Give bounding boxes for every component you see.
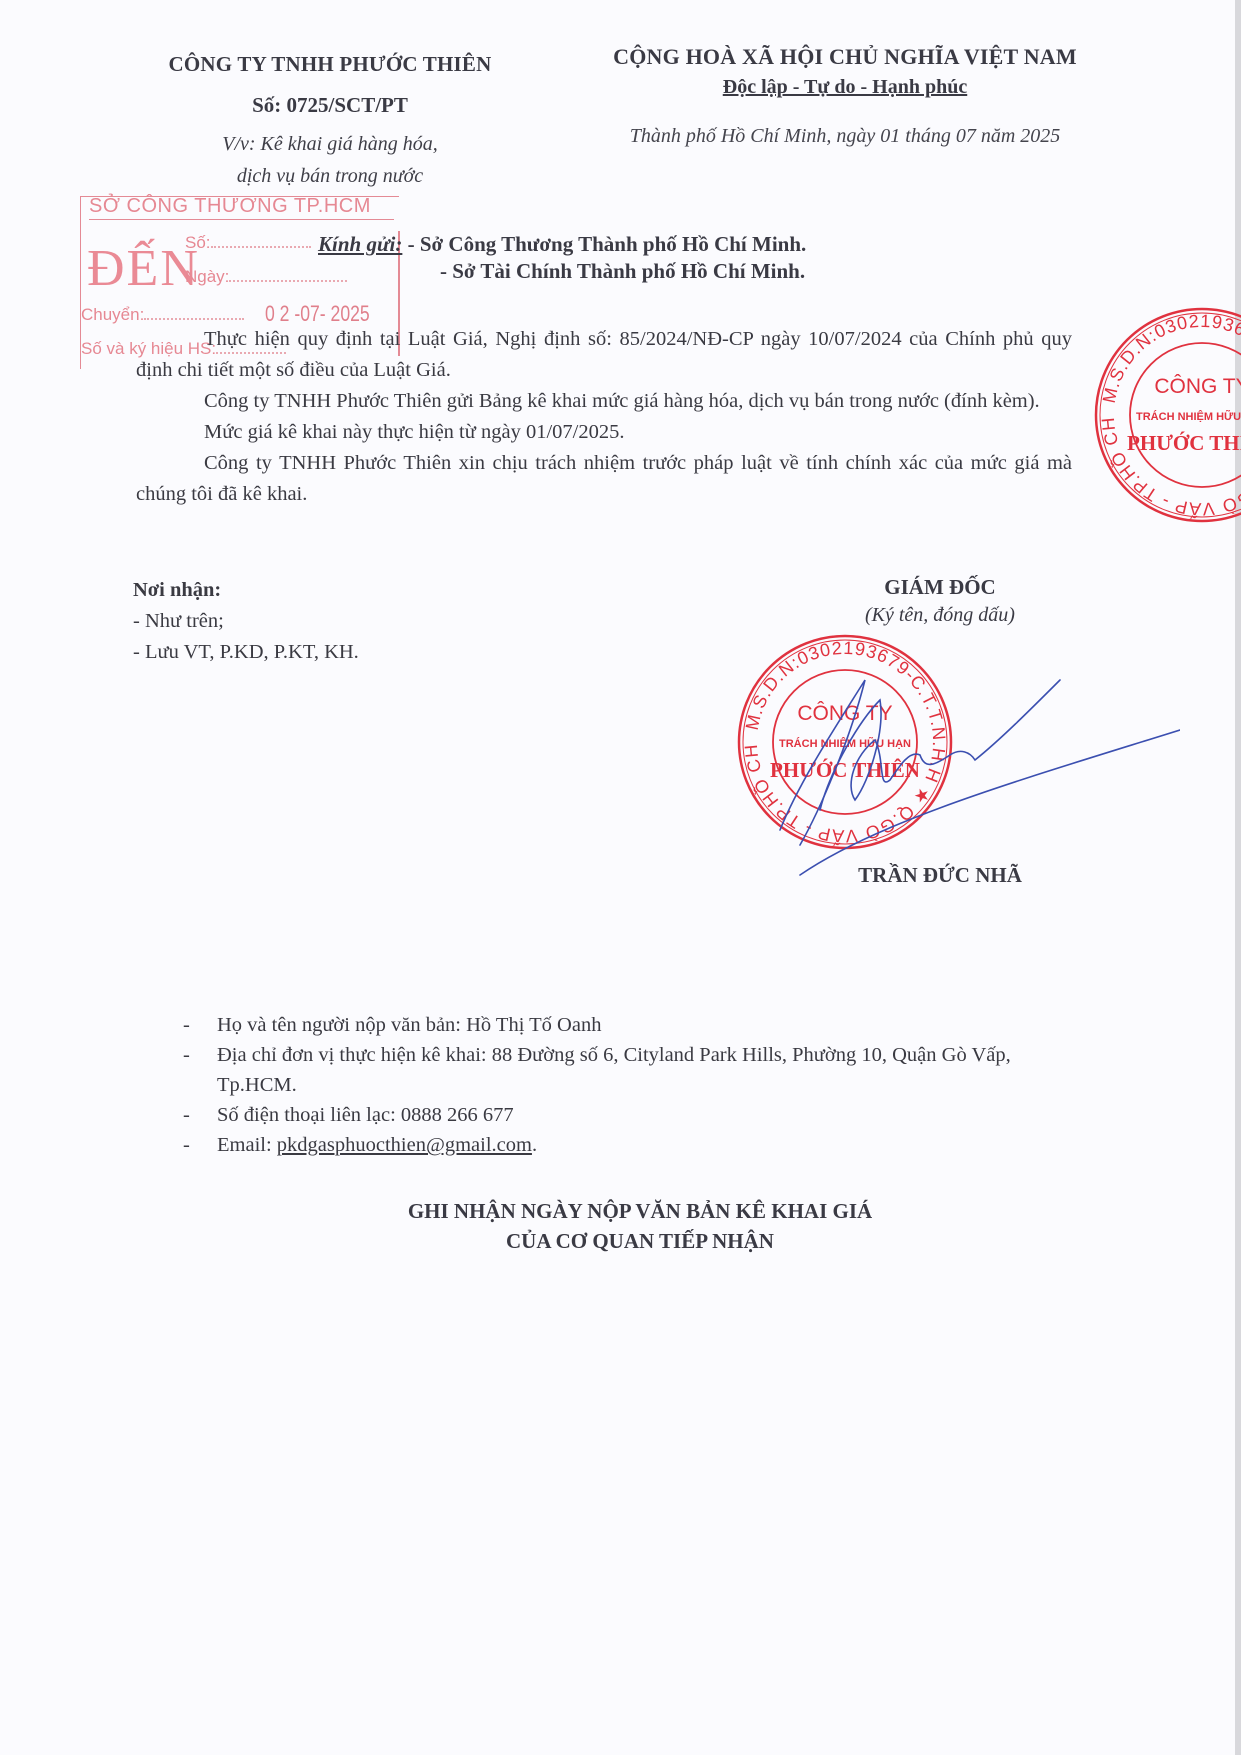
subject-line-1: V/v: Kê khai giá hàng hóa, bbox=[130, 128, 530, 160]
svg-text:PHƯỚC THIÊN: PHƯỚC THIÊN bbox=[1127, 431, 1241, 455]
company-seal-partial-icon: M.S.D.N:0302193679-C.T.T.N.H.H ★ Q.GÒ VẤ… bbox=[1092, 305, 1241, 525]
place-date: Thành phố Hồ Chí Minh, ngày 01 tháng 07 … bbox=[570, 125, 1120, 148]
distribution-item: - Lưu VT, P.KD, P.KT, KH. bbox=[133, 637, 359, 668]
receipt-title-line-1: GHI NHẬN NGÀY NỘP VĂN BẢN KÊ KHAI GIÁ bbox=[200, 1196, 1080, 1226]
recipients-label: Kính gửi: bbox=[318, 232, 402, 256]
recipient-2: - Sở Tài Chính Thành phố Hồ Chí Minh. bbox=[440, 259, 806, 284]
email-suffix: . bbox=[532, 1134, 537, 1156]
submitter-phone: Số điện thoại liên lạc: 0888 266 677 bbox=[175, 1100, 1075, 1130]
body-paragraph: Công ty TNHH Phước Thiên gửi Bảng kê kha… bbox=[136, 386, 1072, 417]
signature-block: GIÁM ĐỐC (Ký tên, đóng dấu) TRẦN ĐỨC NHÃ bbox=[790, 575, 1090, 627]
company-name: CÔNG TY TNHH PHƯỚC THIÊN bbox=[130, 52, 530, 77]
submitter-email-line: Email: pkdgasphuocthien@gmail.com. bbox=[175, 1130, 1075, 1160]
stamp-department: SỞ CÔNG THƯƠNG TP.HCM bbox=[89, 195, 394, 220]
distribution-title: Nơi nhận: bbox=[133, 575, 359, 606]
email-label: Email: bbox=[217, 1134, 277, 1156]
svg-text:CÔNG TY: CÔNG TY bbox=[1154, 375, 1241, 398]
distribution-list: Nơi nhận: - Như trên; - Lưu VT, P.KD, P.… bbox=[133, 575, 359, 668]
subject: V/v: Kê khai giá hàng hóa, dịch vụ bán t… bbox=[130, 128, 530, 192]
handwritten-signature-icon bbox=[760, 660, 1180, 900]
submitter-info: Họ và tên người nộp văn bản: Hồ Thị Tố O… bbox=[175, 1010, 1075, 1160]
svg-text:TRÁCH NHIỆM HỮU HẠN: TRÁCH NHIỆM HỮU HẠN bbox=[1136, 410, 1241, 423]
submitter-name: Họ và tên người nộp văn bản: Hồ Thị Tố O… bbox=[175, 1010, 1075, 1040]
national-motto: Độc lập - Tự do - Hạnh phúc bbox=[570, 76, 1120, 99]
signature-note: (Ký tên, đóng dấu) bbox=[790, 604, 1090, 627]
stamp-field-so: Số: bbox=[185, 233, 311, 253]
recipients-block: Kính gửi: - Sở Công Thương Thành phố Hồ … bbox=[318, 232, 806, 284]
letter-body: Thực hiện quy định tại Luật Giá, Nghị đị… bbox=[136, 324, 1072, 510]
document-number: Số: 0725/SCT/PT bbox=[130, 93, 530, 118]
distribution-item: - Như trên; bbox=[133, 606, 359, 637]
sender-header: CÔNG TY TNHH PHƯỚC THIÊN Số: 0725/SCT/PT… bbox=[130, 52, 530, 192]
subject-line-2: dịch vụ bán trong nước bbox=[130, 160, 530, 192]
stamp-field-chuyen: Chuyển: bbox=[81, 305, 244, 325]
nation-title: CỘNG HOÀ XÃ HỘI CHỦ NGHĨA VIỆT NAM bbox=[570, 44, 1120, 70]
stamp-den-label: ĐẾN bbox=[87, 239, 200, 298]
signer-role: GIÁM ĐỐC bbox=[790, 575, 1090, 600]
national-header: CỘNG HOÀ XÃ HỘI CHỦ NGHĨA VIỆT NAM Độc l… bbox=[570, 44, 1120, 148]
receipt-title-line-2: CỦA CƠ QUAN TIẾP NHẬN bbox=[200, 1226, 1080, 1256]
body-paragraph: Công ty TNHH Phước Thiên xin chịu trách … bbox=[136, 448, 1072, 510]
submitter-address: Địa chỉ đơn vị thực hiện kê khai: 88 Đườ… bbox=[175, 1040, 1075, 1100]
recipient-1: - Sở Công Thương Thành phố Hồ Chí Minh. bbox=[408, 232, 807, 256]
email-link[interactable]: pkdgasphuocthien@gmail.com bbox=[277, 1134, 532, 1156]
body-paragraph: Mức giá kê khai này thực hiện từ ngày 01… bbox=[136, 417, 1072, 448]
body-paragraph: Thực hiện quy định tại Luật Giá, Nghị đị… bbox=[136, 324, 1072, 386]
page-edge bbox=[1235, 0, 1241, 1755]
receipt-section-title: GHI NHẬN NGÀY NỘP VĂN BẢN KÊ KHAI GIÁ CỦ… bbox=[200, 1196, 1080, 1256]
